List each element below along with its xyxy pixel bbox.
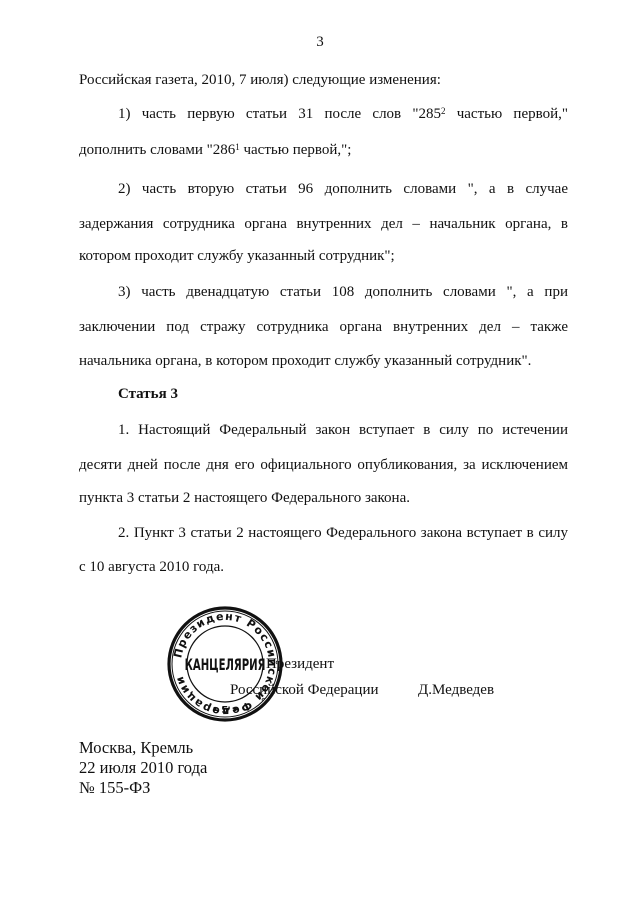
footer-number: № 155-ФЗ xyxy=(79,777,150,798)
item-2-line-3: котором проходит службу указанный сотруд… xyxy=(79,247,568,265)
intro-line: Российская газета, 2010, 7 июля) следующ… xyxy=(79,71,568,89)
article-3-para-2-line-2: с 10 августа 2010 года. xyxy=(79,558,568,576)
signature-title-line-2: Российской Федерации xyxy=(230,682,379,699)
item-2-line-1: 2) часть вторую статьи 96 дополнить слов… xyxy=(118,180,568,198)
page-number: 3 xyxy=(0,34,640,51)
article-3-para-1-line-3: пункта 3 статьи 2 настоящего Федеральног… xyxy=(79,489,568,507)
item-3-line-3: начальника органа, в котором проходит сл… xyxy=(79,352,568,370)
article-3-para-1-line-1: 1. Настоящий Федеральный закон вступает … xyxy=(118,421,568,439)
item-3-line-2: заключении под стражу сотрудника органа … xyxy=(79,318,568,336)
article-3-para-2-line-1: 2. Пункт 3 статьи 2 настоящего Федеральн… xyxy=(118,524,568,542)
footer-place: Москва, Кремль xyxy=(79,737,193,758)
footer-date: 22 июля 2010 года xyxy=(79,757,207,778)
item-2-line-2: задержания сотрудника органа внутренних … xyxy=(79,215,568,233)
article-3-heading: Статья 3 xyxy=(118,385,568,403)
signature-name: Д.Медведев xyxy=(418,682,494,699)
item-1-line-2: дополнить словами "2861 частью первой,"; xyxy=(79,141,568,159)
article-3-para-1-line-2: десяти дней после дня его официального о… xyxy=(79,456,568,474)
item-1-line-1: 1) часть первую статьи 31 после слов "28… xyxy=(118,105,568,123)
item-3-line-1: 3) часть двенадцатую статьи 108 дополнит… xyxy=(118,283,568,301)
stamp-bottom-text: • 5 • xyxy=(212,705,239,716)
stamp-center-text: КАНЦЕЛЯРИЯ xyxy=(185,656,266,675)
signature-title-line-1: Президент xyxy=(266,656,334,673)
